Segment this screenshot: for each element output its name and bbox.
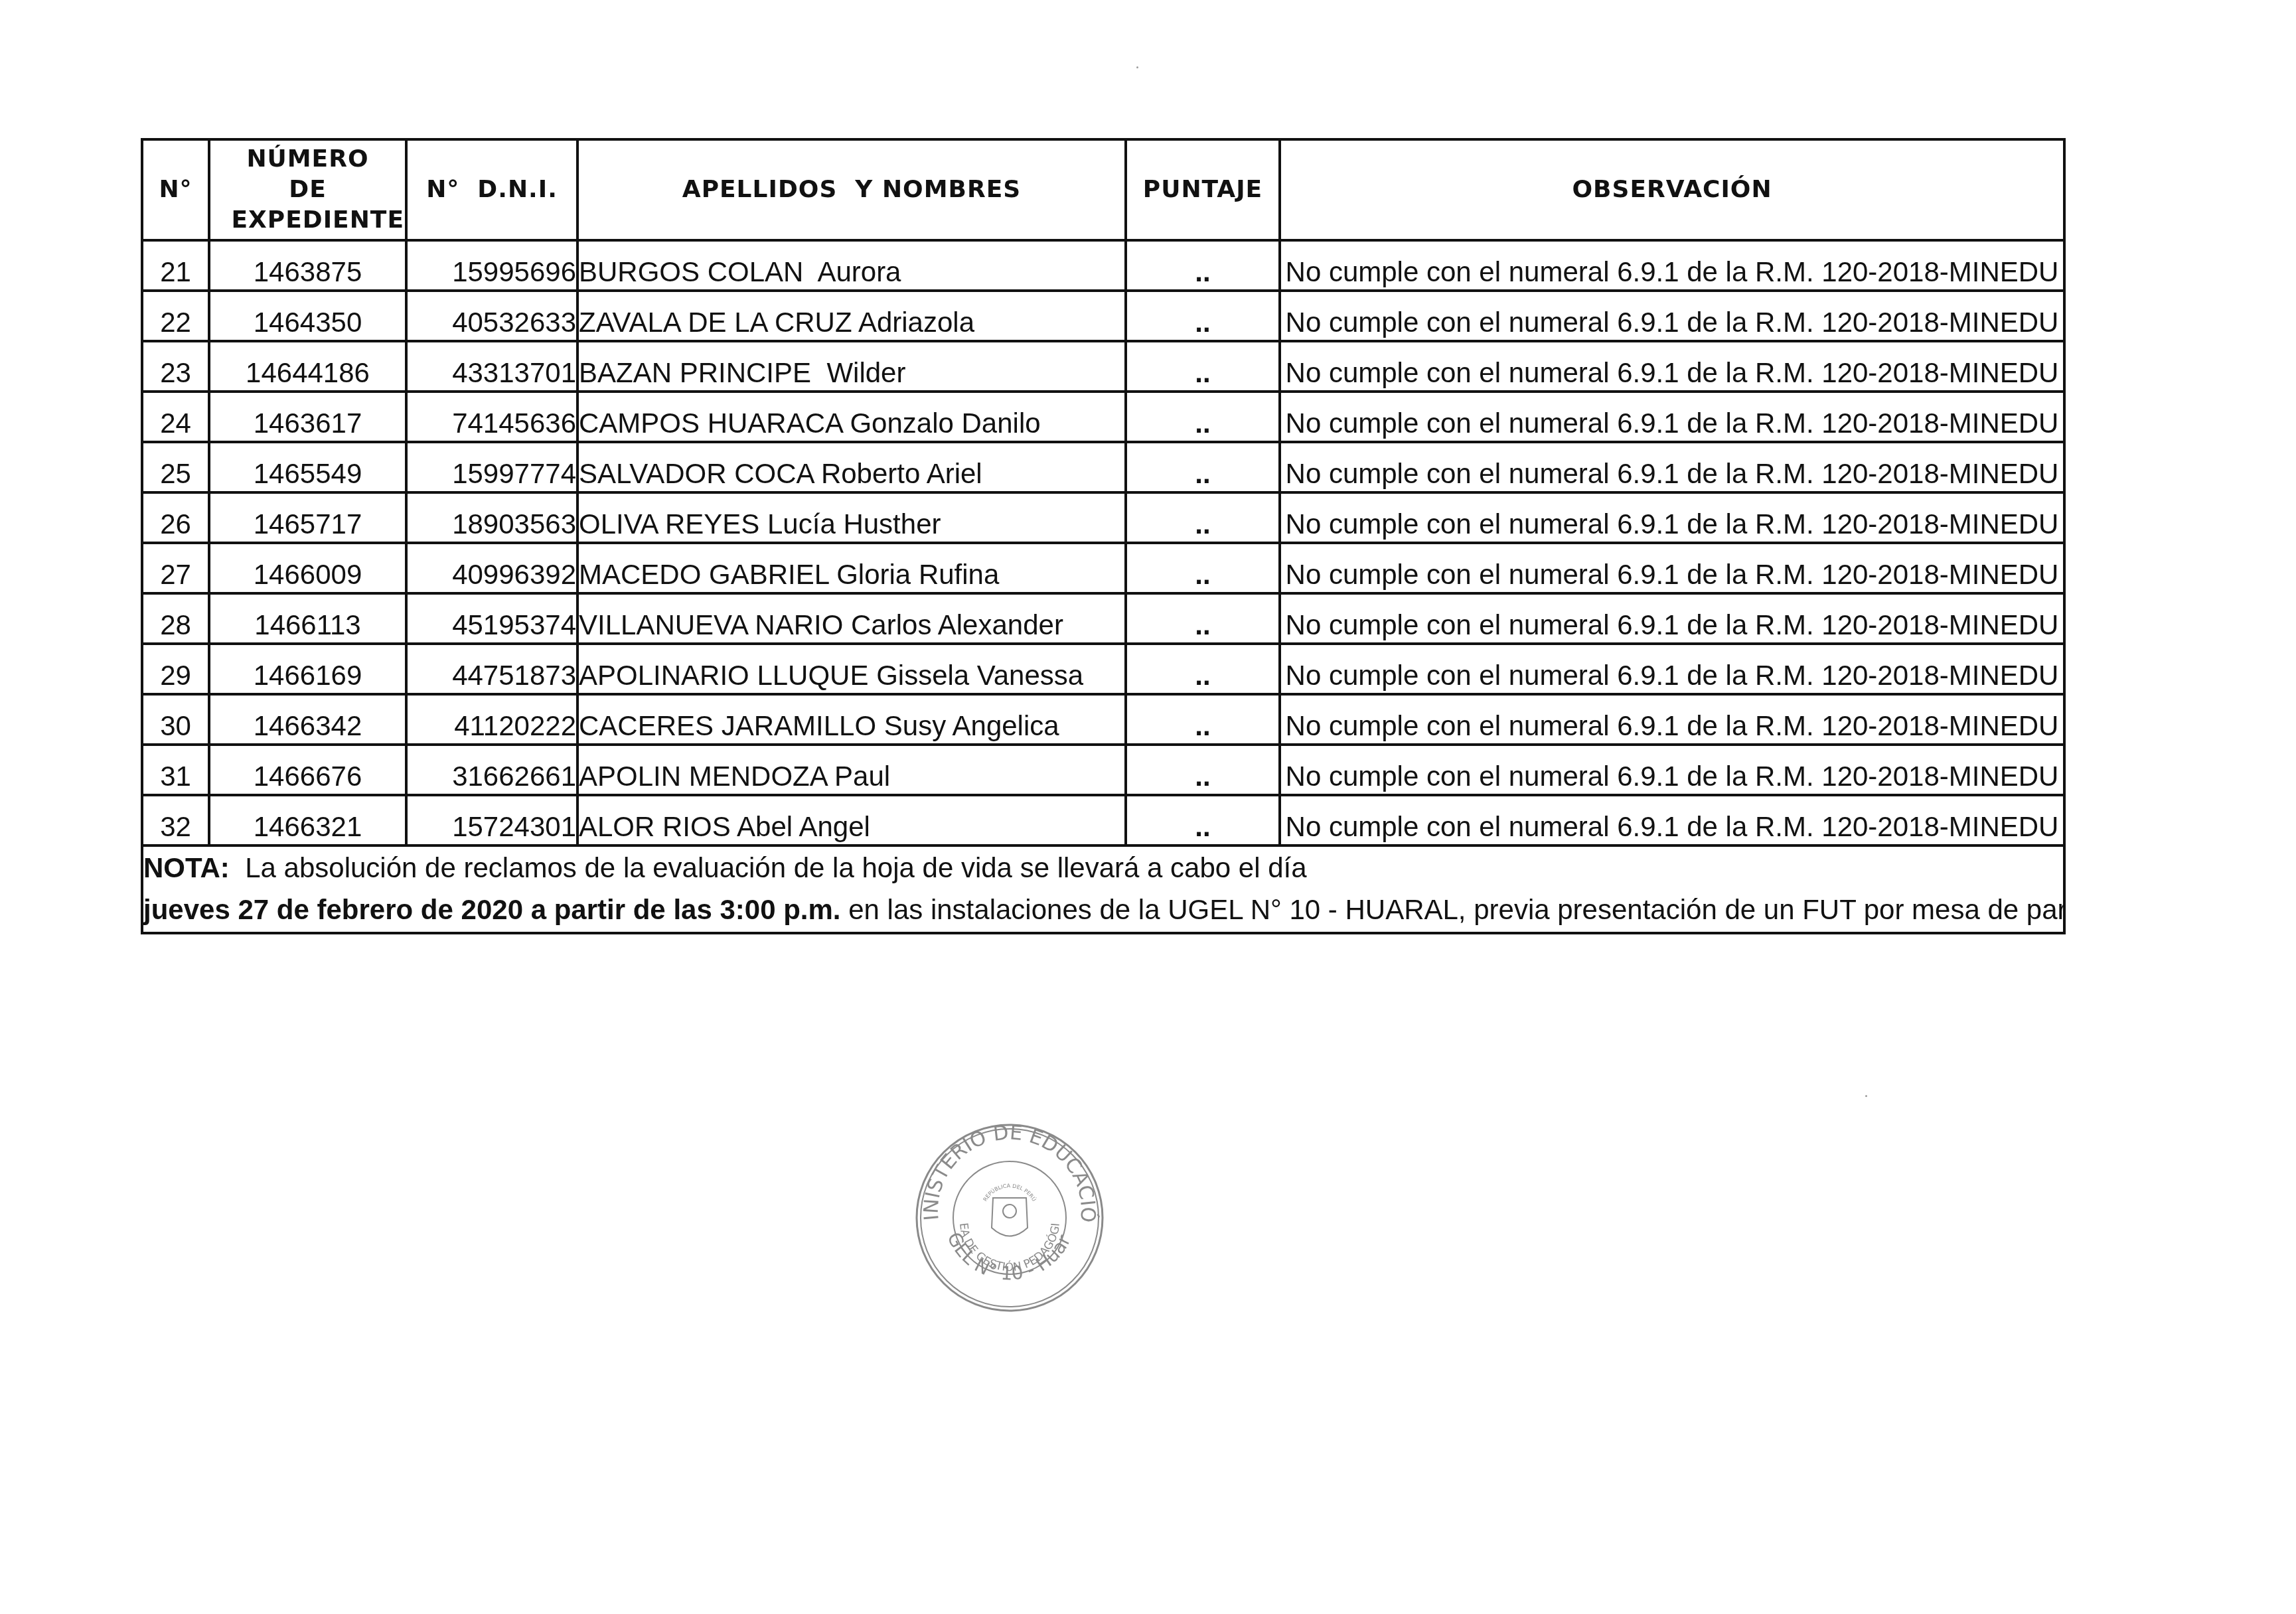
table-row: 31146667631662661APOLIN MENDOZA Paul..No… xyxy=(142,745,2064,795)
expediente-number-cell: 1466113 xyxy=(209,593,406,644)
score-cell: .. xyxy=(1126,492,1280,543)
table-row: 26146571718903563OLIVA REYES Lucía Husth… xyxy=(142,492,2064,543)
score-cell: .. xyxy=(1126,442,1280,492)
header-expediente: NÚMERO DE EXPEDIENTE xyxy=(209,139,406,240)
dni-number-cell: 44751873 xyxy=(406,644,577,694)
nota-row: NOTA: La absolución de reclamos de la ev… xyxy=(142,845,2064,933)
table-row: 30146634241120222CACERES JARAMILLO Susy … xyxy=(142,694,2064,745)
dni-number-cell: 41120222 xyxy=(406,694,577,745)
dni-number-cell: 43313701 xyxy=(406,341,577,392)
dni-number-cell: 15997774 xyxy=(406,442,577,492)
expediente-number-cell: 1465549 xyxy=(209,442,406,492)
observation-cell: No cumple con el numeral 6.9.1 de la R.M… xyxy=(1280,492,2064,543)
dni-number-cell: 31662661 xyxy=(406,745,577,795)
dni-number-cell: 40996392 xyxy=(406,543,577,593)
seal-icon: MINISTERIO DE EDUCACIÓN UGEL N° 10 - Hua… xyxy=(913,1122,1106,1314)
document-sheet: N° NÚMERO DE EXPEDIENTE N° D.N.I. APELLI… xyxy=(141,138,2063,934)
score-cell: .. xyxy=(1126,644,1280,694)
table-row: 22146435040532633ZAVALA DE LA CRUZ Adria… xyxy=(142,291,2064,341)
svg-text:MINISTERIO DE EDUCACIÓN: MINISTERIO DE EDUCACIÓN xyxy=(913,1122,1101,1223)
full-name-cell: OLIVA REYES Lucía Husther xyxy=(577,492,1126,543)
row-number-cell: 31 xyxy=(142,745,209,795)
full-name-cell: APOLINARIO LLUQUE Gissela Vanessa xyxy=(577,644,1126,694)
expediente-number-cell: 1466169 xyxy=(209,644,406,694)
score-cell: .. xyxy=(1126,745,1280,795)
score-cell: .. xyxy=(1126,392,1280,442)
score-cell: .. xyxy=(1126,240,1280,291)
expediente-number-cell: 1465717 xyxy=(209,492,406,543)
observation-cell: No cumple con el numeral 6.9.1 de la R.M… xyxy=(1280,694,2064,745)
table-row: 21146387515995696BURGOS COLAN Aurora..No… xyxy=(142,240,2064,291)
nota-label: NOTA: xyxy=(143,852,230,883)
dni-number-cell: 15995696 xyxy=(406,240,577,291)
table-row: 32146632115724301ALOR RIOS Abel Angel..N… xyxy=(142,795,2064,845)
nota-text-1: La absolución de reclamos de la evaluaci… xyxy=(230,852,1314,883)
expediente-number-cell: 1463617 xyxy=(209,392,406,442)
expediente-number-cell: 1466342 xyxy=(209,694,406,745)
header-puntaje: PUNTAJE xyxy=(1126,139,1280,240)
table-row: 28146611345195374VILLANUEVA NARIO Carlos… xyxy=(142,593,2064,644)
table-row: 27146600940996392MACEDO GABRIEL Gloria R… xyxy=(142,543,2064,593)
header-observacion: OBSERVACIÓN xyxy=(1280,139,2064,240)
full-name-cell: SALVADOR COCA Roberto Ariel xyxy=(577,442,1126,492)
applicants-table: N° NÚMERO DE EXPEDIENTE N° D.N.I. APELLI… xyxy=(141,138,2066,934)
observation-cell: No cumple con el numeral 6.9.1 de la R.M… xyxy=(1280,392,2064,442)
dni-number-cell: 45195374 xyxy=(406,593,577,644)
expediente-number-cell: 1464350 xyxy=(209,291,406,341)
row-number-cell: 30 xyxy=(142,694,209,745)
row-number-cell: 32 xyxy=(142,795,209,845)
row-number-cell: 21 xyxy=(142,240,209,291)
dni-number-cell: 15724301 xyxy=(406,795,577,845)
full-name-cell: ZAVALA DE LA CRUZ Adriazola xyxy=(577,291,1126,341)
row-number-cell: 26 xyxy=(142,492,209,543)
full-name-cell: CACERES JARAMILLO Susy Angelica xyxy=(577,694,1126,745)
row-number-cell: 27 xyxy=(142,543,209,593)
full-name-cell: APOLIN MENDOZA Paul xyxy=(577,745,1126,795)
scan-speck xyxy=(1136,66,1138,68)
score-cell: .. xyxy=(1126,795,1280,845)
table-header-row: N° NÚMERO DE EXPEDIENTE N° D.N.I. APELLI… xyxy=(142,139,2064,240)
observation-cell: No cumple con el numeral 6.9.1 de la R.M… xyxy=(1280,593,2064,644)
header-num: N° xyxy=(142,139,209,240)
dni-number-cell: 74145636 xyxy=(406,392,577,442)
table-row: 29146616944751873APOLINARIO LLUQUE Gisse… xyxy=(142,644,2064,694)
nota-date-time: jueves 27 de febrero de 2020 a partir de… xyxy=(143,894,841,925)
full-name-cell: BAZAN PRINCIPE Wilder xyxy=(577,341,1126,392)
row-number-cell: 28 xyxy=(142,593,209,644)
full-name-cell: MACEDO GABRIEL Gloria Rufina xyxy=(577,543,1126,593)
nota-text-2: en las instalaciones de la UGEL N° 10 - … xyxy=(841,894,2064,925)
header-expediente-label: NÚMERO DE EXPEDIENTE xyxy=(232,144,384,236)
observation-cell: No cumple con el numeral 6.9.1 de la R.M… xyxy=(1280,240,2064,291)
row-number-cell: 29 xyxy=(142,644,209,694)
full-name-cell: ALOR RIOS Abel Angel xyxy=(577,795,1126,845)
row-number-cell: 22 xyxy=(142,291,209,341)
expediente-number-cell: 14644186 xyxy=(209,341,406,392)
nota-cell: NOTA: La absolución de reclamos de la ev… xyxy=(142,845,2064,933)
full-name-cell: VILLANUEVA NARIO Carlos Alexander xyxy=(577,593,1126,644)
dni-number-cell: 40532633 xyxy=(406,291,577,341)
expediente-number-cell: 1466321 xyxy=(209,795,406,845)
observation-cell: No cumple con el numeral 6.9.1 de la R.M… xyxy=(1280,745,2064,795)
score-cell: .. xyxy=(1126,694,1280,745)
score-cell: .. xyxy=(1126,593,1280,644)
svg-text:REPÚBLICA DEL PERÚ: REPÚBLICA DEL PERÚ xyxy=(982,1183,1038,1203)
score-cell: .. xyxy=(1126,341,1280,392)
table-row: 231464418643313701BAZAN PRINCIPE Wilder.… xyxy=(142,341,2064,392)
dni-number-cell: 18903563 xyxy=(406,492,577,543)
row-number-cell: 25 xyxy=(142,442,209,492)
observation-cell: No cumple con el numeral 6.9.1 de la R.M… xyxy=(1280,543,2064,593)
table-row: 25146554915997774SALVADOR COCA Roberto A… xyxy=(142,442,2064,492)
score-cell: .. xyxy=(1126,543,1280,593)
scan-speck xyxy=(1865,1095,1867,1097)
row-number-cell: 23 xyxy=(142,341,209,392)
row-number-cell: 24 xyxy=(142,392,209,442)
full-name-cell: BURGOS COLAN Aurora xyxy=(577,240,1126,291)
score-cell: .. xyxy=(1126,291,1280,341)
observation-cell: No cumple con el numeral 6.9.1 de la R.M… xyxy=(1280,291,2064,341)
expediente-number-cell: 1463875 xyxy=(209,240,406,291)
table-row: 24146361774145636CAMPOS HUARACA Gonzalo … xyxy=(142,392,2064,442)
observation-cell: No cumple con el numeral 6.9.1 de la R.M… xyxy=(1280,795,2064,845)
observation-cell: No cumple con el numeral 6.9.1 de la R.M… xyxy=(1280,442,2064,492)
header-nombres: APELLIDOS Y NOMBRES xyxy=(577,139,1126,240)
official-seal-stamp: MINISTERIO DE EDUCACIÓN UGEL N° 10 - Hua… xyxy=(913,1122,1106,1314)
expediente-number-cell: 1466009 xyxy=(209,543,406,593)
observation-cell: No cumple con el numeral 6.9.1 de la R.M… xyxy=(1280,644,2064,694)
full-name-cell: CAMPOS HUARACA Gonzalo Danilo xyxy=(577,392,1126,442)
expediente-number-cell: 1466676 xyxy=(209,745,406,795)
header-dni: N° D.N.I. xyxy=(406,139,577,240)
observation-cell: No cumple con el numeral 6.9.1 de la R.M… xyxy=(1280,341,2064,392)
